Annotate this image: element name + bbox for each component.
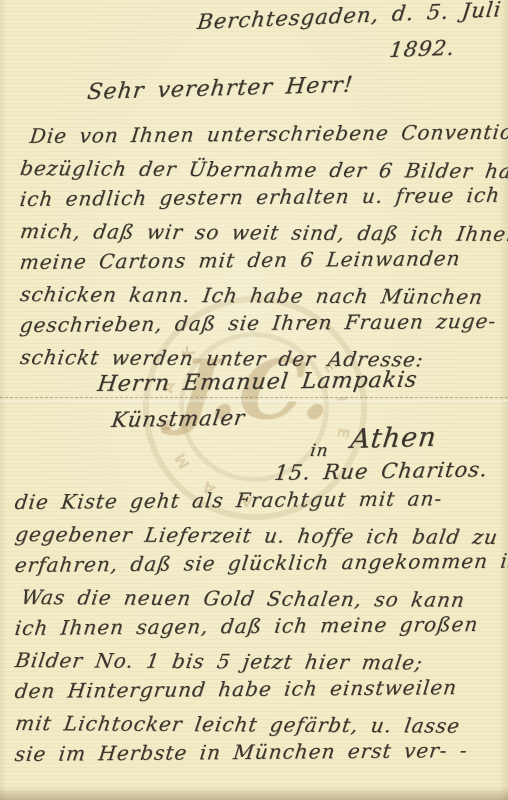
dateline: Berchtesgaden, d. 5. Juli [196, 0, 503, 34]
dateline-year: 1892. [388, 36, 456, 62]
handwritten-line: erfahren, daß sie glücklich angekommen i… [13, 546, 508, 582]
handwritten-line: sie im Herbste in München erst ver- - [13, 735, 508, 771]
handwritten-line: den Hintergrund habe ich einstweilen [13, 672, 508, 708]
salutation: Sehr verehrter Herr! [86, 73, 355, 105]
address-profession: Künstmaler [110, 406, 247, 432]
handwritten-line: ich endlich gestern erhalten u. freue ic… [18, 180, 508, 216]
handwritten-line: die Kiste geht als Frachtgut mit an- [13, 483, 508, 519]
handwritten-line: geschrieben, daß sie Ihren Frauen zuge- [18, 306, 508, 342]
address-recipient: Herrn Emanuel Lampakis [96, 368, 419, 397]
address-street: 15. Rue Charitos. [273, 457, 489, 485]
fold-crease-line [0, 397, 508, 404]
handwritten-line: ich Ihnen sagen, daß ich meine großen [13, 609, 508, 645]
paragraph-1: Die von Ihnen unterschriebene Convention… [18, 121, 504, 373]
stamp-ring-letter: Μ [171, 450, 194, 472]
letter-page: J.C. Κ Α Π Μ Α Λ Ε Ι Ε Berchtesgaden, d.… [0, 0, 508, 800]
handwritten-line: meine Cartons mit den 6 Leinwanden [18, 243, 508, 279]
handwritten-line: Die von Ihnen unterschriebene Convention [18, 117, 508, 153]
address-in-word: in [309, 441, 330, 461]
paragraph-2: die Kiste geht als Frachtgut mit an- geg… [13, 487, 505, 771]
address-city: Athen [349, 422, 438, 455]
scan-edge-shading [0, 786, 508, 800]
